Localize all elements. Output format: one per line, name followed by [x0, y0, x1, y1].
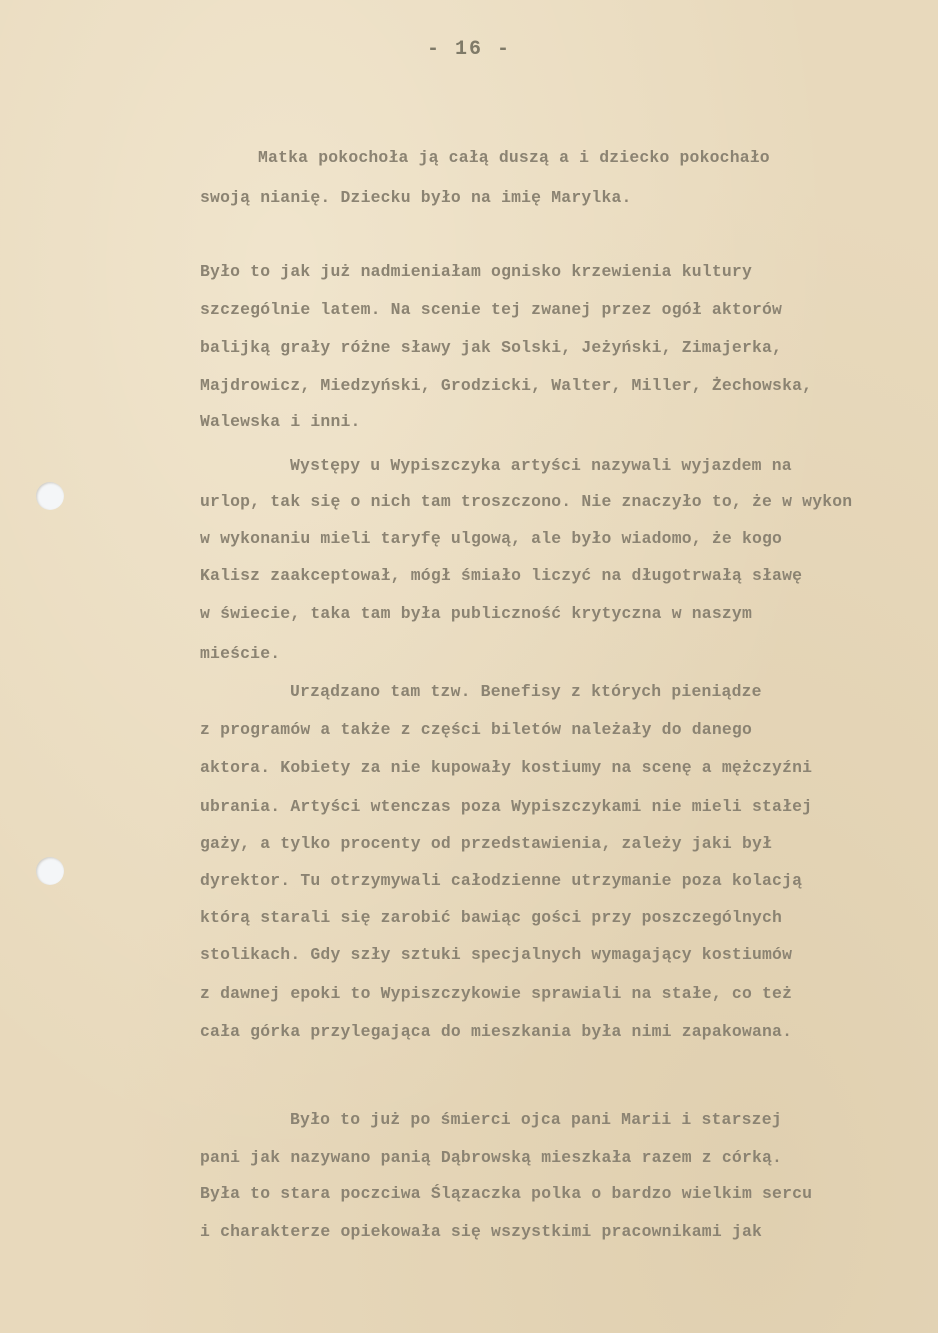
punch-hole-top — [36, 482, 64, 510]
text-line: Występy u Wypiszczyka artyści nazywali w… — [290, 456, 792, 475]
text-line: gaży, a tylko procenty od przedstawienia… — [200, 834, 772, 853]
text-line: w wykonaniu mieli taryfę ulgową, ale był… — [200, 529, 782, 548]
text-line: Urządzano tam tzw. Benefisy z których pi… — [290, 682, 762, 701]
text-line: Matka pokochoła ją całą duszą a i dzieck… — [258, 148, 770, 167]
text-line: Majdrowicz, Miedzyński, Grodzicki, Walte… — [200, 376, 812, 395]
text-line: ubrania. Artyści wtenczas poza Wypiszczy… — [200, 797, 812, 816]
text-line: aktora. Kobiety za nie kupowały kostiumy… — [200, 758, 812, 777]
text-line: mieście. — [200, 644, 280, 663]
text-line: Walewska i inni. — [200, 412, 361, 431]
text-line: z dawnej epoki to Wypiszczykowie sprawia… — [200, 984, 792, 1003]
text-line: stolikach. Gdy szły sztuki specjalnych w… — [200, 945, 792, 964]
text-line: szczególnie latem. Na scenie tej zwanej … — [200, 300, 782, 319]
text-line: swoją nianię. Dziecku było na imię Maryl… — [200, 188, 632, 207]
text-line: dyrektor. Tu otrzymywali całodzienne utr… — [200, 871, 802, 890]
text-line: w świecie, taka tam była publiczność kry… — [200, 604, 752, 623]
punch-hole-bottom — [36, 857, 64, 885]
text-line: i charakterze opiekowała się wszystkimi … — [200, 1222, 762, 1241]
text-line: Kalisz zaakceptował, mógł śmiało liczyć … — [200, 566, 802, 585]
text-line: balijką grały różne sławy jak Solski, Je… — [200, 338, 782, 357]
text-line: Było to już po śmierci ojca pani Marii i… — [290, 1110, 782, 1129]
text-line: urlop, tak się o nich tam troszczono. Ni… — [200, 492, 852, 511]
text-line: z programów a także z części biletów nal… — [200, 720, 752, 739]
text-line: którą starali się zarobić bawiąc gości p… — [200, 908, 782, 927]
page-number: - 16 - — [0, 38, 938, 61]
text-line: Była to stara poczciwa Ślązaczka polka o… — [200, 1184, 812, 1203]
text-line: Było to jak już nadmieniałam ognisko krz… — [200, 262, 752, 281]
text-line: pani jak nazywano panią Dąbrowską mieszk… — [200, 1148, 782, 1167]
text-line: cała górka przylegająca do mieszkania by… — [200, 1022, 792, 1041]
